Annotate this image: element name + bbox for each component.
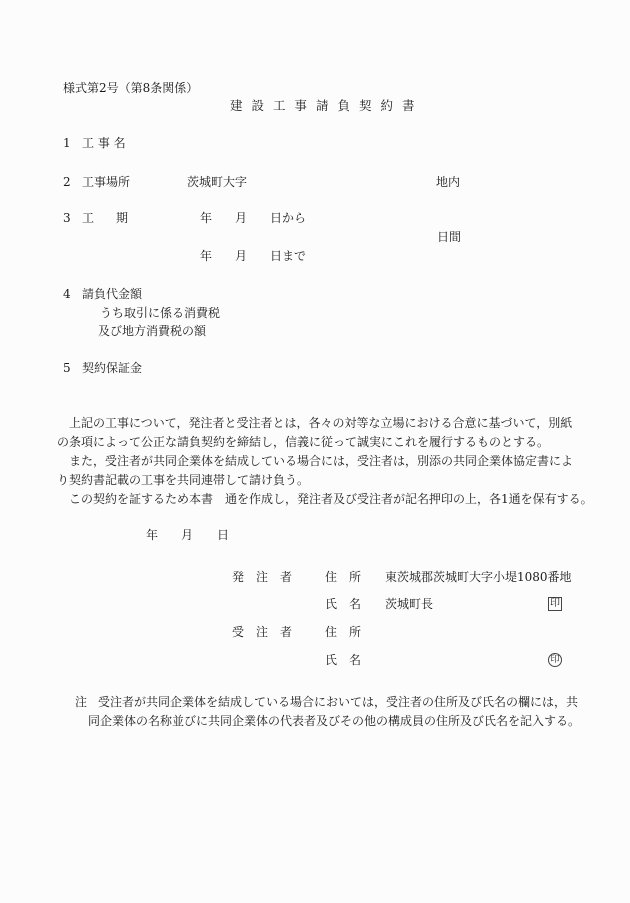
item4-label: 請負代金額 [82,288,142,300]
end-day: 日まで [270,250,306,262]
item4-sub1: うち取引に係る消費税 [100,307,220,319]
end-year: 年 [200,250,212,262]
body-line: の条項によって公正な請負契約を締結し，信義に従って誠実にこれを履行するものとする… [57,433,577,452]
round-seal-icon: 印 [548,653,562,667]
body-line: り契約書記載の工事を共同連帯して請け負う。 [57,471,577,490]
item4-sub2: 及び地方消費税の額 [98,325,206,337]
body-line: この契約を証するため本書 通を作成し，発注者及び受注者が記名押印の上，各1通を保… [57,490,577,509]
contractor-name-label: 氏 名 [325,654,361,666]
date-day: 日 [217,529,229,541]
date-year: 年 [146,529,158,541]
orderer-address-label: 住 所 [325,571,361,583]
contractor-address-label: 住 所 [325,626,361,638]
date-month: 月 [181,529,193,541]
body-line: 上記の工事について，発注者と受注者とは，各々の対等な立場における合意に基づいて，… [57,414,577,433]
orderer-address: 東茨城郡茨城町大字小堤1080番地 [385,571,572,583]
item1-label: 工 事 名 [82,137,126,149]
location-prefix: 茨城町大字 [187,176,247,188]
start-month: 月 [235,212,247,224]
start-year: 年 [200,212,212,224]
start-day: 日から [270,212,306,224]
item3-label-a: 工 [82,212,94,224]
item2-number: 2 [63,176,71,188]
note-line-2: 同企業体の名称並びに共同企業体の代表者及びその他の構成員の住所及び氏名を記入する… [88,715,580,727]
orderer-name-label: 氏 名 [325,598,361,610]
note-line-1: 受注者が共同企業体を結成している場合においては，受注者の住所及び氏名の欄には，共 [98,696,578,708]
item3-number: 3 [63,212,71,224]
form-number: 様式第2号（第8条関係） [63,82,198,94]
end-month: 月 [235,250,247,262]
square-seal-icon: 印 [548,597,562,611]
item3-label-b: 期 [116,212,128,224]
page-title: 建設工事請負契約書 [230,100,424,113]
item4-number: 4 [63,288,71,300]
duration-days: 日間 [437,231,461,243]
body-line: また，受注者が共同企業体を結成している場合には，受注者は，別添の共同企業体協定書… [57,452,577,471]
orderer-name: 茨城町長 [385,598,433,610]
item1-number: 1 [63,137,71,149]
contractor-role: 受 注 者 [232,626,292,638]
item5-label: 契約保証金 [82,362,142,374]
note-label: 注 [75,696,87,708]
item2-label: 工事場所 [82,176,130,188]
item5-number: 5 [63,362,71,374]
orderer-role: 発 注 者 [232,571,292,583]
contract-body: 上記の工事について，発注者と受注者とは，各々の対等な立場における合意に基づいて，… [57,414,577,509]
location-suffix: 地内 [436,176,460,188]
